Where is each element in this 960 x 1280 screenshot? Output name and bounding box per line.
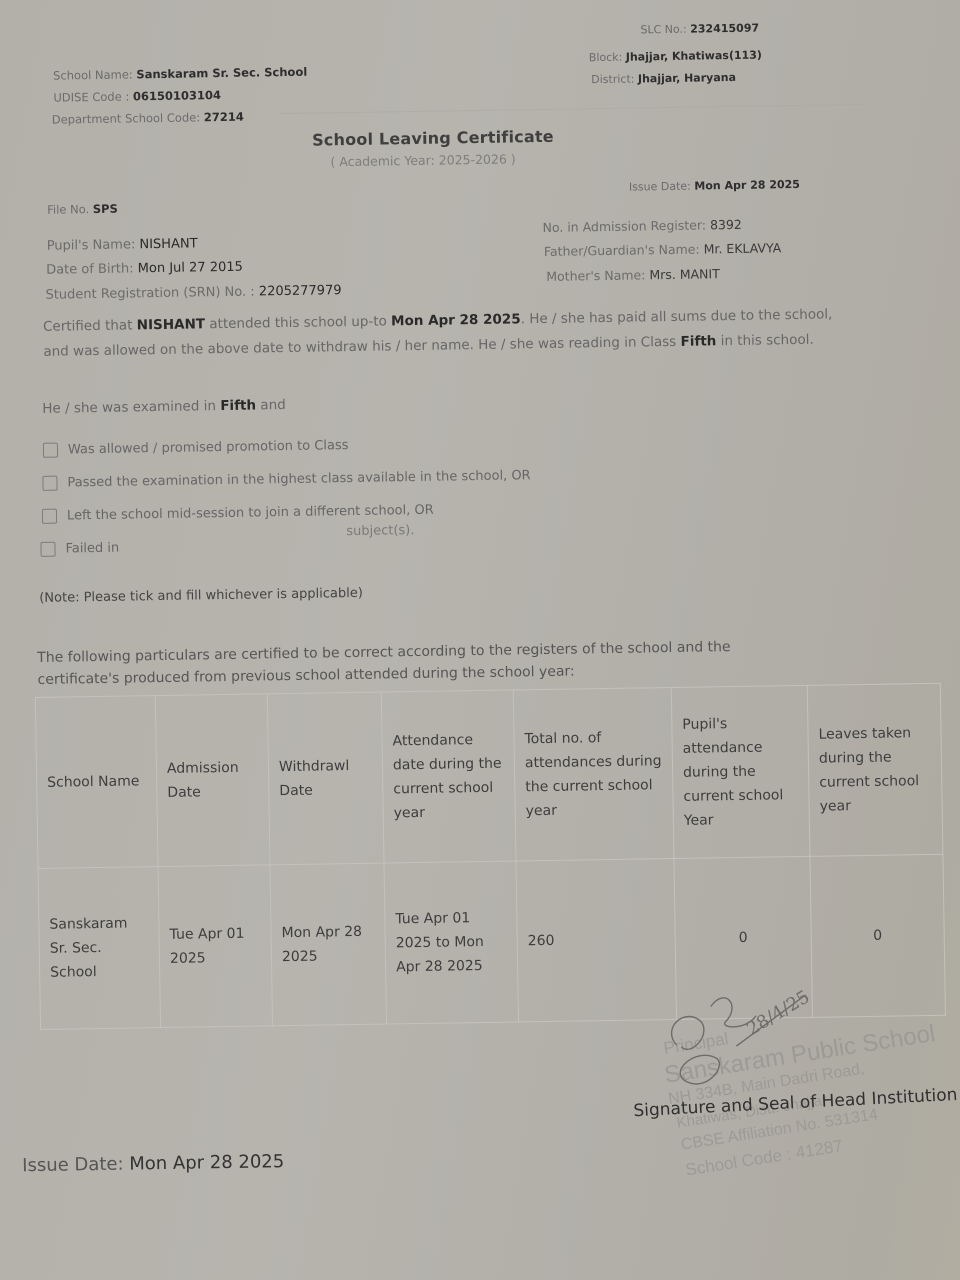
exam-class: Fifth: [220, 397, 256, 414]
district-label: District:: [591, 73, 634, 87]
option-failed[interactable]: Failed in: [40, 541, 119, 557]
srn-value: 2205277979: [259, 283, 342, 299]
cert-upto-date: Mon Apr 28 2025: [391, 311, 521, 329]
dob-line: Date of Birth: Mon Jul 27 2015: [46, 260, 243, 278]
checkbox-failed[interactable]: [40, 542, 55, 557]
exam-text-2: and: [260, 397, 286, 413]
slc-label: SLC No.:: [640, 23, 686, 37]
exam-text-1: He / she was examined in: [42, 398, 216, 417]
pupil-name-line: Pupil's Name: NISHANT: [47, 236, 198, 253]
option-promotion-label: Was allowed / promised promotion to Clas…: [68, 438, 349, 457]
certificate-title: School Leaving Certificate: [312, 127, 554, 150]
mother-value: Mrs. MANIT: [649, 266, 720, 282]
admission-no-label: No. in Admission Register:: [542, 217, 706, 235]
cell-school-name: Sanskaram Sr. Sec. School: [38, 867, 161, 1030]
district-value: Jhajjar, Haryana: [638, 71, 736, 86]
header-separator: [282, 104, 862, 114]
signature-seal-block: Principal Sanskaram Public School NH 334…: [655, 982, 960, 1187]
cert-text-1: Certified that: [43, 317, 133, 334]
note-text: (Note: Please tick and fill whichever is…: [39, 586, 363, 606]
file-no-value: SPS: [93, 202, 118, 216]
issue-date-top-value: Mon Apr 28 2025: [694, 178, 800, 193]
handwritten-signature-icon: 28/4/25: [655, 984, 857, 1097]
father-label: Father/Guardian's Name:: [544, 242, 700, 259]
header-leaves-taken: Leaves taken during the current school y…: [807, 683, 943, 856]
school-name-label: School Name:: [53, 67, 133, 82]
block-label: Block:: [589, 51, 623, 65]
failed-subjects-suffix: subject(s).: [346, 523, 414, 539]
certificate-page: School Name: Sanskaram Sr. Sec. School U…: [0, 0, 960, 1280]
slc-value: 232415097: [690, 22, 759, 36]
block-line: Block: Jhajjar, Khatiwas(113): [589, 49, 762, 65]
academic-year: ( Academic Year: 2025-2026 ): [330, 151, 515, 169]
svg-text:28/4/25: 28/4/25: [743, 986, 813, 1040]
option-failed-label: Failed in: [65, 541, 119, 557]
admission-no-value: 8392: [710, 217, 742, 232]
dept-code-label: Department School Code:: [52, 110, 201, 126]
option-promotion[interactable]: Was allowed / promised promotion to Clas…: [43, 438, 349, 458]
pupil-name-label: Pupil's Name:: [47, 237, 136, 253]
cert-text-2: attended this school up-to: [209, 313, 387, 332]
school-name-value: Sanskaram Sr. Sec. School: [136, 65, 307, 82]
block-value: Jhajjar, Khatiwas(113): [626, 49, 762, 64]
checkbox-left-mid-session[interactable]: [42, 509, 57, 524]
father-line: Father/Guardian's Name: Mr. EKLAVYA: [544, 240, 782, 259]
cert-class: Fifth: [680, 333, 716, 350]
header-pupil-attendance: Pupil's attendance during the current sc…: [671, 685, 810, 858]
dept-code-line: Department School Code: 27214: [52, 110, 244, 127]
mother-label: Mother's Name:: [546, 267, 645, 284]
header-withdrawl-date: Withdrawl Date: [267, 692, 384, 865]
cell-total-attendances: 260: [516, 858, 677, 1021]
pupil-name-value: NISHANT: [139, 236, 197, 252]
examined-line: He / she was examined in Fifth and: [42, 384, 832, 421]
file-no-line: File No. SPS: [47, 202, 118, 217]
cell-withdrawl-date: Mon Apr 28 2025: [270, 863, 387, 1026]
slc-line: SLC No.: 232415097: [640, 22, 759, 37]
admission-no-line: No. in Admission Register: 8392: [542, 217, 742, 235]
table-header-row: School Name Admission Date Withdrawl Dat…: [35, 683, 943, 868]
srn-label: Student Registration (SRN) No. :: [45, 284, 254, 302]
udise-line: UDISE Code : 06150103104: [53, 88, 221, 105]
dept-code-value: 27214: [204, 110, 244, 125]
srn-line: Student Registration (SRN) No. : 2205277…: [45, 283, 341, 303]
cell-attendance-range: Tue Apr 01 2025 to Mon Apr 28 2025: [384, 861, 519, 1024]
dob-label: Date of Birth:: [46, 261, 134, 277]
particulars-table: School Name Admission Date Withdrawl Dat…: [35, 683, 946, 1030]
option-passed-highest[interactable]: Passed the examination in the highest cl…: [42, 468, 530, 491]
particulars-intro: The following particulars are certified …: [37, 635, 808, 691]
issue-date-top: Issue Date: Mon Apr 28 2025: [629, 178, 800, 194]
file-no-label: File No.: [47, 202, 89, 217]
header-attendance-date: Attendance date during the current schoo…: [381, 690, 516, 863]
issue-date-footer-value: Mon Apr 28 2025: [129, 1151, 284, 1174]
cert-pupil-name: NISHANT: [137, 316, 206, 333]
header-admission-date: Admission Date: [155, 694, 270, 867]
option-left-mid-session-label: Left the school mid-session to join a di…: [67, 503, 434, 524]
issue-date-footer: Issue Date: Mon Apr 28 2025: [22, 1151, 284, 1176]
certificate-paragraph: Certified that NISHANT attended this sch…: [43, 302, 834, 364]
header-school-name: School Name: [35, 696, 158, 869]
cert-text-4: in this school.: [721, 332, 814, 349]
udise-label: UDISE Code :: [53, 89, 129, 104]
district-line: District: Jhajjar, Haryana: [591, 71, 736, 86]
checkbox-promotion[interactable]: [43, 443, 58, 458]
option-left-mid-session[interactable]: Left the school mid-session to join a di…: [42, 503, 434, 524]
issue-date-footer-label: Issue Date:: [22, 1154, 124, 1177]
mother-line: Mother's Name: Mrs. MANIT: [546, 266, 720, 284]
option-passed-highest-label: Passed the examination in the highest cl…: [67, 468, 530, 490]
father-value: Mr. EKLAVYA: [704, 240, 782, 256]
checkbox-passed-highest[interactable]: [42, 476, 57, 491]
cell-admission-date: Tue Apr 01 2025: [158, 865, 273, 1028]
school-name-line: School Name: Sanskaram Sr. Sec. School: [53, 65, 307, 83]
dob-value: Mon Jul 27 2015: [138, 260, 243, 277]
udise-value: 06150103104: [133, 88, 221, 103]
header-total-attendances: Total no. of attendances during the curr…: [513, 688, 674, 861]
issue-date-top-label: Issue Date:: [629, 180, 691, 194]
